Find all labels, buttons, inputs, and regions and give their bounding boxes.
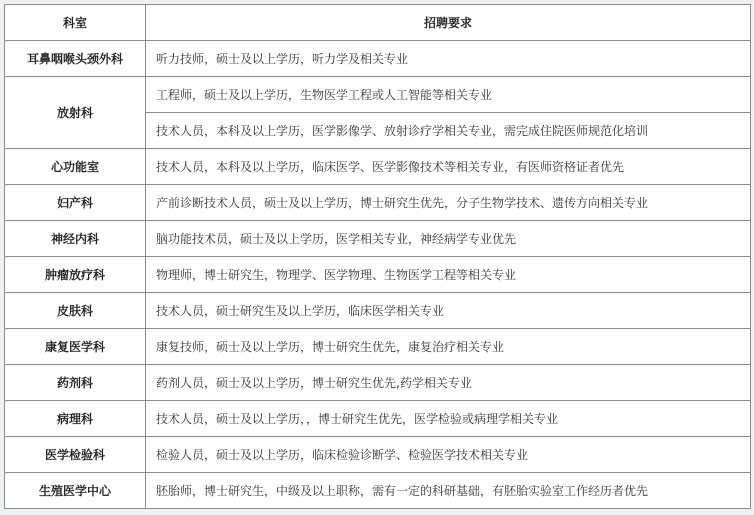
- requirement-cell: 检验人员，硕士及以上学历，临床检验诊断学、检验医学技术相关专业: [146, 437, 751, 473]
- table-row: 心功能室 技术人员，本科及以上学历，临床医学、医学影像技术等相关专业，有医师资格…: [5, 149, 751, 185]
- requirement-cell: 脑功能技术员，硕士及以上学历，医学相关专业，神经病学专业优先: [146, 221, 751, 257]
- department-cell: 心功能室: [5, 149, 146, 185]
- table-row: 药剂科 药剂人员，硕士及以上学历，博士研究生优先,药学相关专业: [5, 365, 751, 401]
- table-row: 妇产科 产前诊断技术人员，硕士及以上学历，博士研究生优先，分子生物学技术、遗传方…: [5, 185, 751, 221]
- department-cell: 皮肤科: [5, 293, 146, 329]
- table-row: 耳鼻咽喉头颈外科 听力技师，硕士及以上学历，听力学及相关专业: [5, 41, 751, 77]
- requirement-cell: 康复技师，硕士及以上学历，博士研究生优先，康复治疗相关专业: [146, 329, 751, 365]
- header-department: 科室: [5, 5, 146, 41]
- requirement-cell: 听力技师，硕士及以上学历，听力学及相关专业: [146, 41, 751, 77]
- department-cell: 肿瘤放疗科: [5, 257, 146, 293]
- requirement-cell: 工程师，硕士及以上学历，生物医学工程或人工智能等相关专业: [146, 77, 751, 113]
- requirement-cell: 胚胎师，博士研究生，中级及以上职称，需有一定的科研基础，有胚胎实验室工作经历者优…: [146, 473, 751, 509]
- table-row: 皮肤科 技术人员，硕士研究生及以上学历，临床医学相关专业: [5, 293, 751, 329]
- table-row: 放射科 工程师，硕士及以上学历，生物医学工程或人工智能等相关专业: [5, 77, 751, 113]
- department-cell: 妇产科: [5, 185, 146, 221]
- table-row: 医学检验科 检验人员，硕士及以上学历，临床检验诊断学、检验医学技术相关专业: [5, 437, 751, 473]
- table-row: 神经内科 脑功能技术员，硕士及以上学历，医学相关专业，神经病学专业优先: [5, 221, 751, 257]
- header-requirements: 招聘要求: [146, 5, 751, 41]
- department-cell: 放射科: [5, 77, 146, 149]
- recruitment-table: 科室 招聘要求 耳鼻咽喉头颈外科 听力技师，硕士及以上学历，听力学及相关专业 放…: [4, 4, 751, 509]
- department-cell: 生殖医学中心: [5, 473, 146, 509]
- requirement-cell: 产前诊断技术人员，硕士及以上学历，博士研究生优先，分子生物学技术、遗传方向相关专…: [146, 185, 751, 221]
- requirement-cell: 物理师，博士研究生，物理学、医学物理、生物医学工程等相关专业: [146, 257, 751, 293]
- department-cell: 耳鼻咽喉头颈外科: [5, 41, 146, 77]
- table-header-row: 科室 招聘要求: [5, 5, 751, 41]
- department-cell: 药剂科: [5, 365, 146, 401]
- table-row: 康复医学科 康复技师，硕士及以上学历，博士研究生优先，康复治疗相关专业: [5, 329, 751, 365]
- requirement-cell: 技术人员，本科及以上学历，医学影像学、放射诊疗学相关专业，需完成住院医师规范化培…: [146, 113, 751, 149]
- department-cell: 病理科: [5, 401, 146, 437]
- requirement-cell: 技术人员，硕士研究生及以上学历，临床医学相关专业: [146, 293, 751, 329]
- table-row: 病理科 技术人员，硕士及以上学历，，博士研究生优先，医学检验或病理学相关专业: [5, 401, 751, 437]
- requirement-cell: 技术人员，本科及以上学历，临床医学、医学影像技术等相关专业，有医师资格证者优先: [146, 149, 751, 185]
- table-row: 肿瘤放疗科 物理师，博士研究生，物理学、医学物理、生物医学工程等相关专业: [5, 257, 751, 293]
- requirement-cell: 技术人员，硕士及以上学历，，博士研究生优先，医学检验或病理学相关专业: [146, 401, 751, 437]
- table-row: 生殖医学中心 胚胎师，博士研究生，中级及以上职称，需有一定的科研基础，有胚胎实验…: [5, 473, 751, 509]
- recruitment-table-container: 科室 招聘要求 耳鼻咽喉头颈外科 听力技师，硕士及以上学历，听力学及相关专业 放…: [4, 4, 750, 509]
- department-cell: 医学检验科: [5, 437, 146, 473]
- requirement-cell: 药剂人员，硕士及以上学历，博士研究生优先,药学相关专业: [146, 365, 751, 401]
- department-cell: 神经内科: [5, 221, 146, 257]
- department-cell: 康复医学科: [5, 329, 146, 365]
